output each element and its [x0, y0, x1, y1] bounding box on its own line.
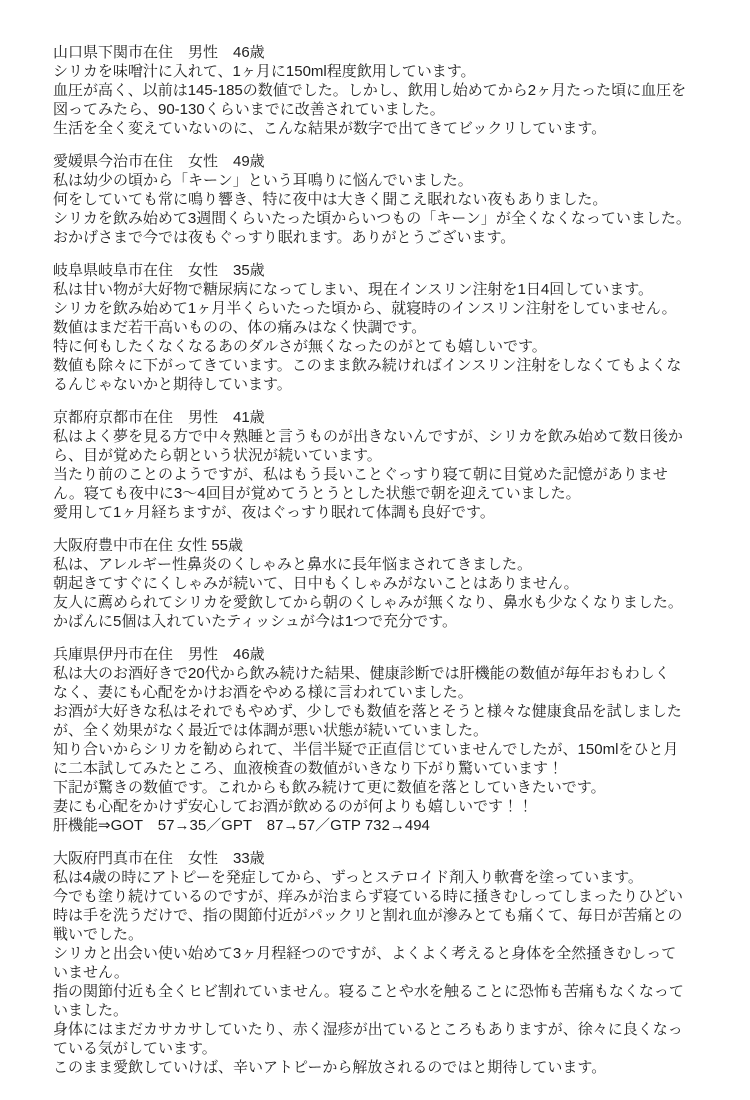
testimonial-block-ehime: 愛媛県今治市在住 女性 49歳 私は幼少の頃から「キーン」という耳鳴りに悩んでい… — [53, 152, 712, 247]
testimonial-header: 愛媛県今治市在住 女性 49歳 — [53, 152, 712, 171]
testimonial-line: 何をしていても常に鳴り響き、特に夜中は大きく聞こえ眠れない夜もありました。 — [53, 190, 712, 209]
testimonial-line: 私は、アレルギー性鼻炎のくしゃみと鼻水に長年悩まされてきました。 — [53, 555, 712, 574]
testimonial-line: るんじゃないかと期待しています。 — [53, 375, 712, 394]
testimonial-line: ら、目が覚めたら朝という状況が続いています。 — [53, 446, 712, 465]
testimonial-line: 愛用して1ヶ月経ちますが、夜はぐっすり眠れて体調も良好です。 — [53, 503, 712, 522]
testimonial-line: 指の関節付近も全くヒビ割れていません。寝ることや水を触ることに恐怖も苦痛もなくな… — [53, 982, 712, 1001]
testimonial-line: いません。 — [53, 963, 712, 982]
testimonial-line: 友人に薦められてシリカを愛飲してから朝のくしゃみが無くなり、鼻水も少なくなりまし… — [53, 593, 712, 612]
testimonial-line: 私は甘い物が大好物で糖尿病になってしまい、現在インスリン注射を1日4回しています… — [53, 280, 712, 299]
testimonial-line: 当たり前のことのようですが、私はもう長いことぐっすり寝て朝に目覚めた記憶がありま… — [53, 465, 712, 484]
testimonial-line: 今でも塗り続けているのですが、痒みが治まらず寝ている時に掻きむしってしまったりひ… — [53, 887, 712, 906]
testimonial-line: シリカを飲み始めて1ヶ月半くらいたった頃から、就寝時のインスリン注射をしていませ… — [53, 299, 712, 318]
testimonial-line: 妻にも心配をかけず安心してお酒が飲めるのが何よりも嬉しいです！！ — [53, 797, 712, 816]
testimonial-block-yamaguchi: 山口県下関市在住 男性 46歳 シリカを味噌汁に入れて、1ヶ月に150ml程度飲… — [53, 43, 712, 138]
testimonial-line: 数値はまだ若干高いものの、体の痛みはなく快調です。 — [53, 318, 712, 337]
testimonial-line: 知り合いからシリカを勧められて、半信半疑で正直信じていませんでしたが、150ml… — [53, 740, 712, 759]
testimonial-line: 時は手を洗うだけで、指の関節付近がパックリと割れ血が滲みとても痛くて、毎日が苦痛… — [53, 906, 712, 925]
testimonial-line: シリカと出会い使い始めて3ヶ月程経つのですが、よくよく考えると身体を全然掻きむし… — [53, 944, 712, 963]
testimonial-line: 図ってみたら、90-130くらいまでに改善されていました。 — [53, 100, 712, 119]
testimonial-line: かばんに5個は入れていたティッシュが今は1つで充分です。 — [53, 612, 712, 631]
testimonial-line: おかげさまで今では夜もぐっすり眠れます。ありがとうございます。 — [53, 228, 712, 247]
testimonial-line: 身体にはまだカサカサしていたり、赤く湿疹が出ているところもありますが、徐々に良く… — [53, 1020, 712, 1039]
testimonial-line: 朝起きてすぐにくしゃみが続いて、日中もくしゃみがないことはありません。 — [53, 574, 712, 593]
testimonial-line: 私は幼少の頃から「キーン」という耳鳴りに悩んでいました。 — [53, 171, 712, 190]
testimonial-line: に二本試してみたところ、血液検査の数値がいきなり下がり驚いています！ — [53, 759, 712, 778]
testimonial-header: 岐阜県岐阜市在住 女性 35歳 — [53, 261, 712, 280]
testimonial-line: 戦いでした。 — [53, 925, 712, 944]
testimonial-line: このまま愛飲していけば、辛いアトピーから解放されるのではと期待しています。 — [53, 1058, 712, 1077]
testimonial-line: お酒が大好きな私はそれでもやめず、少しでも数値を落とそうと様々な健康食品を試しま… — [53, 702, 712, 721]
testimonial-line: 生活を全く変えていないのに、こんな結果が数字で出てきてビックリしています。 — [53, 119, 712, 138]
testimonial-block-gifu: 岐阜県岐阜市在住 女性 35歳 私は甘い物が大好物で糖尿病になってしまい、現在イ… — [53, 261, 712, 394]
testimonial-line: 私は大のお酒好きで20代から飲み続けた結果、健康診断では肝機能の数値が毎年おもわ… — [53, 664, 712, 683]
testimonial-line: シリカを飲み始めて3週間くらいたった頃からいつもの「キーン」が全くなくなっていま… — [53, 209, 712, 228]
testimonial-line: 私はよく夢を見る方で中々熟睡と言うものが出きないんですが、シリカを飲み始めて数日… — [53, 427, 712, 446]
testimonial-block-hyogo: 兵庫県伊丹市在住 男性 46歳 私は大のお酒好きで20代から飲み続けた結果、健康… — [53, 645, 712, 835]
testimonial-block-kadoma: 大阪府門真市在住 女性 33歳 私は4歳の時にアトピーを発症してから、ずっとステ… — [53, 849, 712, 1077]
testimonial-line: いました。 — [53, 1001, 712, 1020]
testimonial-header: 山口県下関市在住 男性 46歳 — [53, 43, 712, 62]
testimonial-line: 血圧が高く、以前は145-185の数値でした。しかし、飲用し始めてから2ヶ月たっ… — [53, 81, 712, 100]
testimonial-line: シリカを味噌汁に入れて、1ヶ月に150ml程度飲用しています。 — [53, 62, 712, 81]
testimonial-header: 大阪府豊中市在住 女性 55歳 — [53, 536, 712, 555]
testimonial-line: 特に何もしたくなくなるあのダルさが無くなったのがとても嬉しいです。 — [53, 337, 712, 356]
testimonial-line: 下記が驚きの数値です。これからも飲み続けて更に数値を落としていきたいです。 — [53, 778, 712, 797]
testimonial-line: 私は4歳の時にアトピーを発症してから、ずっとステロイド剤入り軟膏を塗っています。 — [53, 868, 712, 887]
testimonial-block-toyonaka: 大阪府豊中市在住 女性 55歳 私は、アレルギー性鼻炎のくしゃみと鼻水に長年悩ま… — [53, 536, 712, 631]
testimonial-line: ん。寝ても夜中に3～4回目が覚めてうとうとした状態で朝を迎えていました。 — [53, 484, 712, 503]
document-page: 山口県下関市在住 男性 46歳 シリカを味噌汁に入れて、1ヶ月に150ml程度飲… — [0, 0, 750, 1100]
testimonial-line: が、全く効果がなく最近では体調が悪い状態が続いていました。 — [53, 721, 712, 740]
testimonial-header: 大阪府門真市在住 女性 33歳 — [53, 849, 712, 868]
testimonial-header: 京都府京都市在住 男性 41歳 — [53, 408, 712, 427]
testimonial-line: 肝機能⇒GOT 57→35／GPT 87→57／GTP 732→494 — [53, 816, 712, 835]
testimonial-block-kyoto: 京都府京都市在住 男性 41歳 私はよく夢を見る方で中々熟睡と言うものが出きない… — [53, 408, 712, 522]
testimonial-line: なく、妻にも心配をかけお酒をやめる様に言われていました。 — [53, 683, 712, 702]
testimonial-line: 数値も除々に下がってきています。このまま飲み続ければインスリン注射をしなくてもよ… — [53, 356, 712, 375]
testimonial-line: ている気がしています。 — [53, 1039, 712, 1058]
testimonial-header: 兵庫県伊丹市在住 男性 46歳 — [53, 645, 712, 664]
